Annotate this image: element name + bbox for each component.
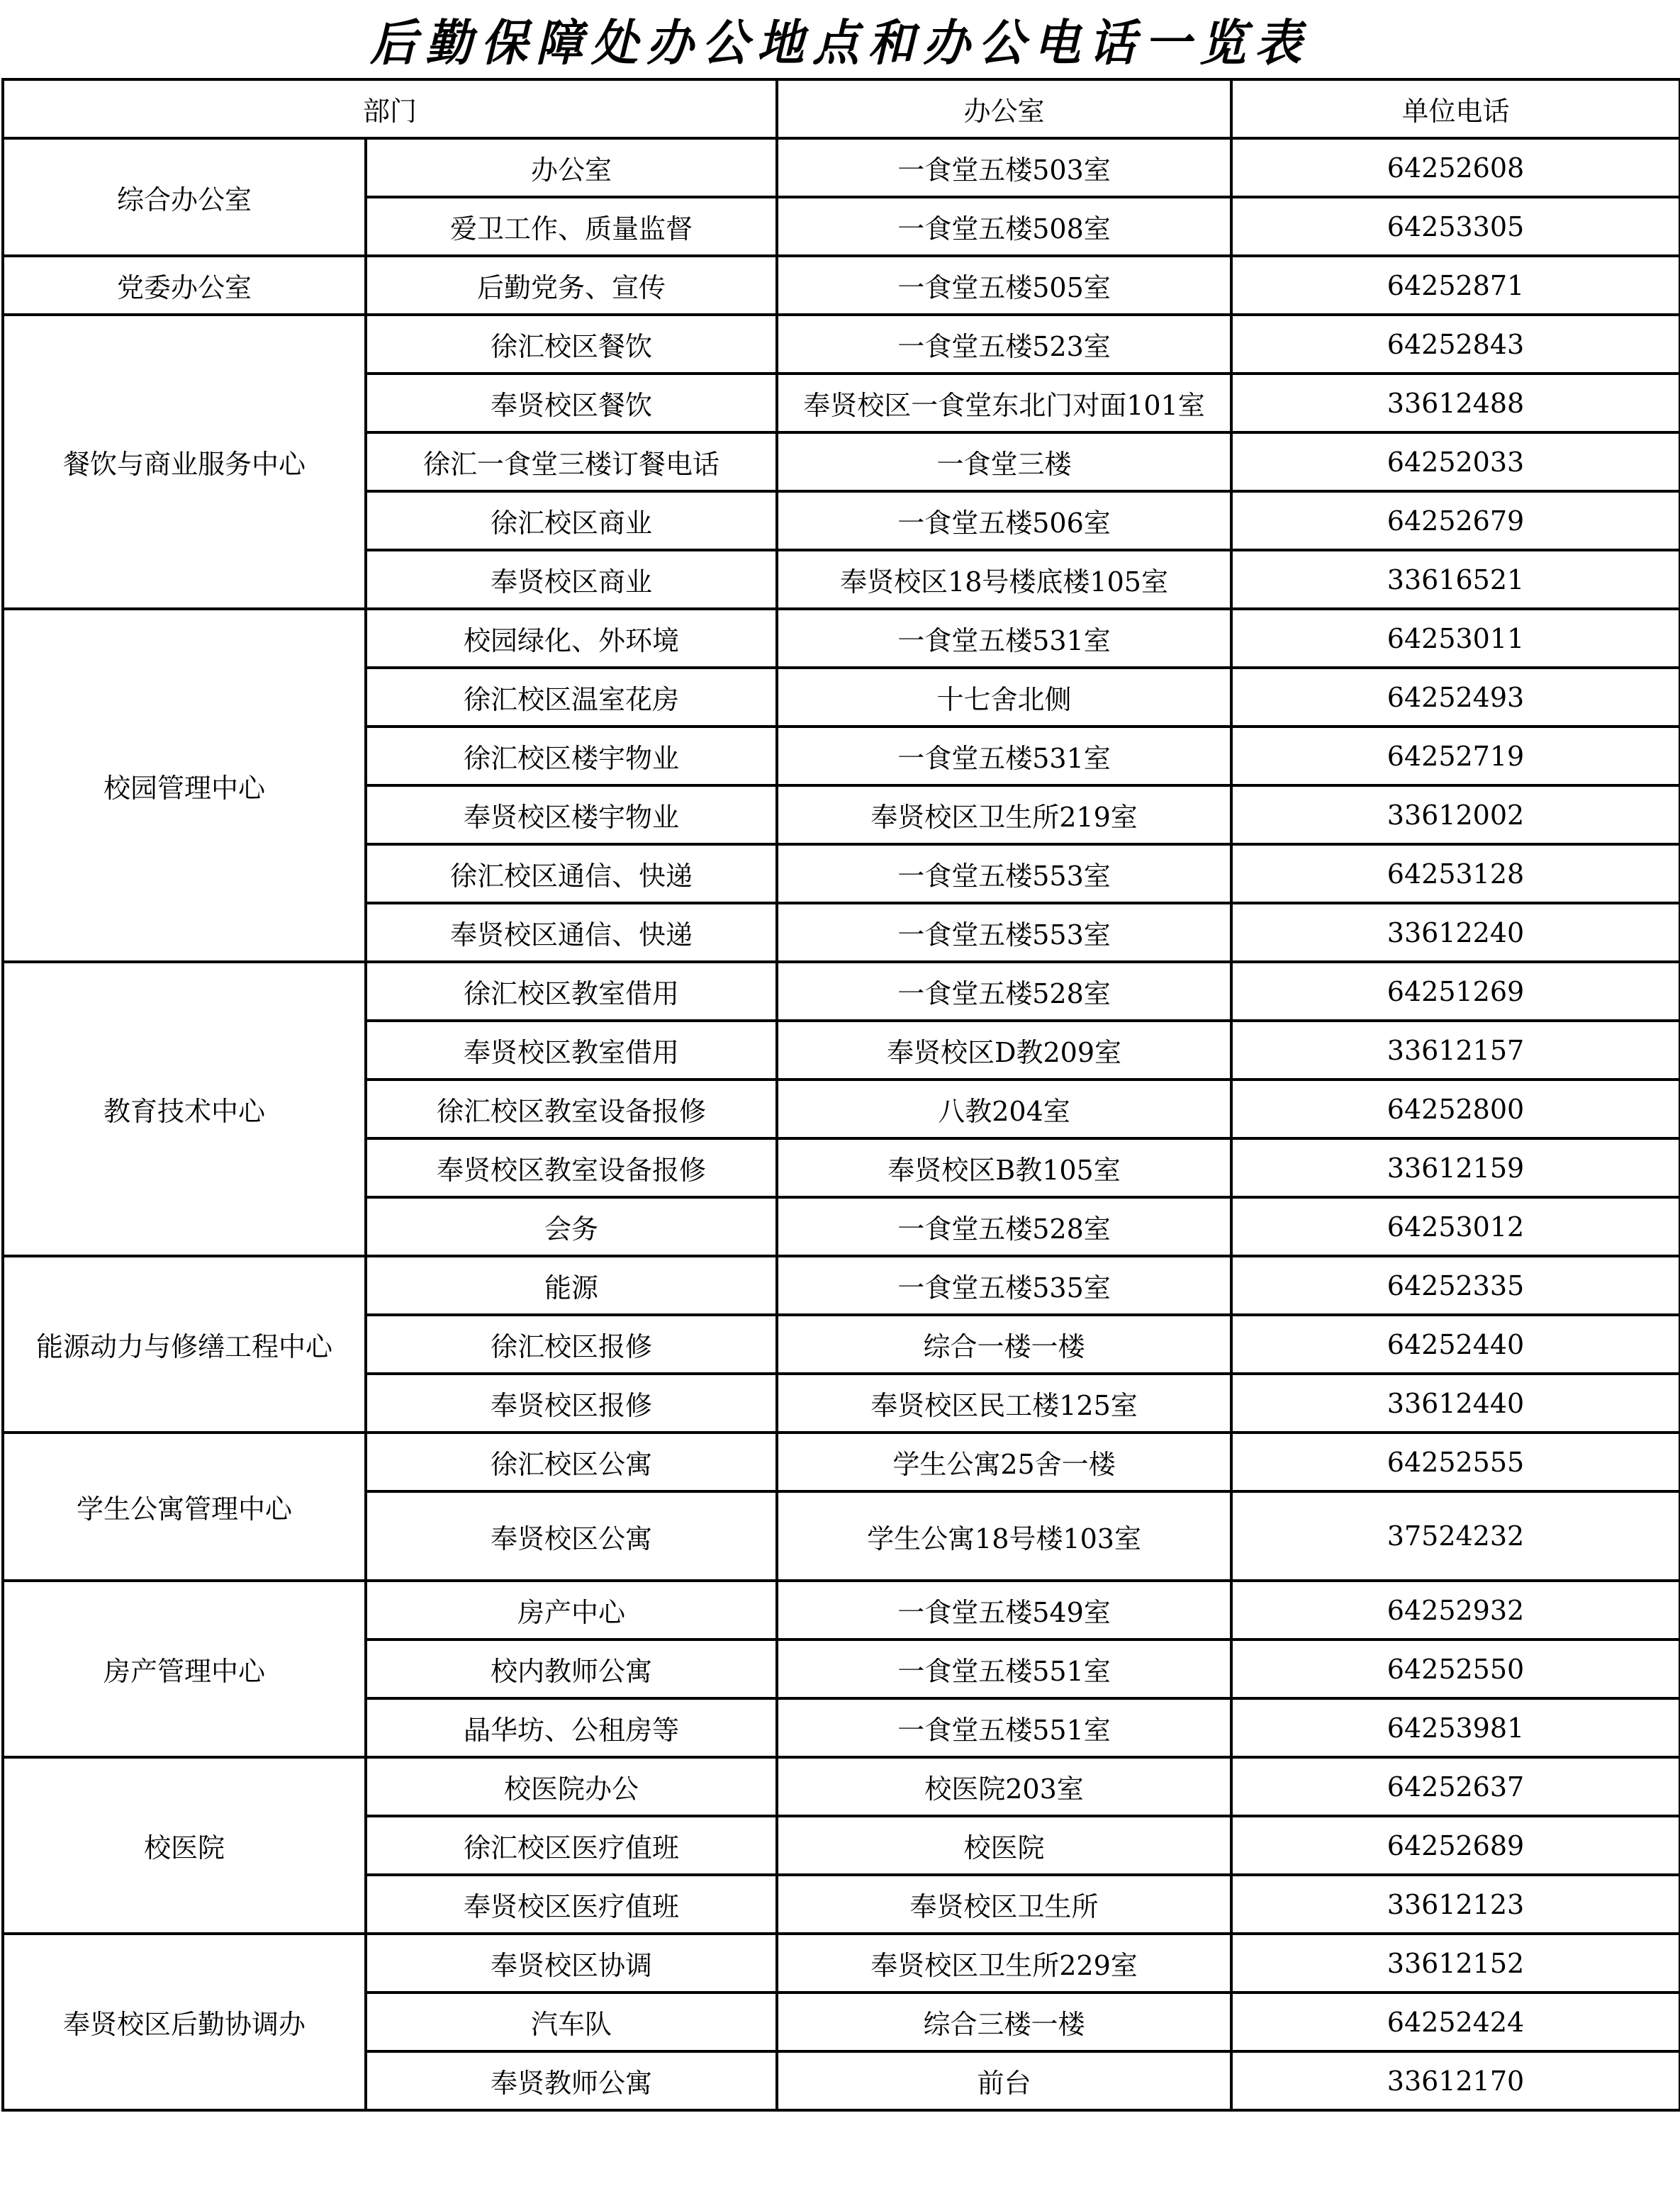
office-location-cell: 奉贤校区卫生所 [777,1875,1231,1934]
phone-number-cell: 33612240 [1231,903,1680,962]
office-location-cell: 一食堂五楼531室 [777,727,1231,785]
phone-number-cell: 37524232 [1231,1491,1680,1581]
office-location-cell: 奉贤校区B教105室 [777,1138,1231,1197]
header-phone: 单位电话 [1231,79,1680,138]
sub-department-cell: 奉贤教师公寓 [366,2051,777,2110]
sub-department-cell: 徐汇校区温室花房 [366,668,777,727]
sub-department-cell: 徐汇校区公寓 [366,1433,777,1491]
phone-number-cell: 33612159 [1231,1138,1680,1197]
phone-number-cell: 64252871 [1231,256,1680,315]
phone-number-cell: 64252689 [1231,1816,1680,1875]
sub-department-cell: 后勤党务、宣传 [366,256,777,315]
phone-number-cell: 64252493 [1231,668,1680,727]
table-body: 综合办公室办公室一食堂五楼503室64252608爱卫工作、质量监督一食堂五楼5… [3,138,1680,2110]
phone-number-cell: 64252440 [1231,1315,1680,1374]
department-group-cell: 餐饮与商业服务中心 [3,315,366,609]
sub-department-cell: 校医院办公 [366,1757,777,1816]
department-group-cell: 房产管理中心 [3,1581,366,1757]
sub-department-cell: 徐汇校区通信、快递 [366,844,777,903]
table-row: 教育技术中心徐汇校区教室借用一食堂五楼528室64251269 [3,962,1680,1021]
office-location-cell: 一食堂五楼551室 [777,1640,1231,1698]
sub-department-cell: 能源 [366,1256,777,1315]
phone-number-cell: 64252719 [1231,727,1680,785]
phone-number-cell: 33616521 [1231,550,1680,609]
office-location-cell: 一食堂五楼528室 [777,962,1231,1021]
table-row: 奉贤校区后勤协调办奉贤校区协调奉贤校区卫生所229室33612152 [3,1934,1680,1993]
office-location-cell: 学生公寓25舍一楼 [777,1433,1231,1491]
phone-number-cell: 33612170 [1231,2051,1680,2110]
department-group-cell: 学生公寓管理中心 [3,1433,366,1581]
header-department: 部门 [3,79,777,138]
table-row: 能源动力与修缮工程中心能源一食堂五楼535室64252335 [3,1256,1680,1315]
office-location-cell: 前台 [777,2051,1231,2110]
office-location-cell: 一食堂三楼 [777,432,1231,491]
office-location-cell: 奉贤校区卫生所219室 [777,785,1231,844]
table-row: 学生公寓管理中心徐汇校区公寓学生公寓25舍一楼64252555 [3,1433,1680,1491]
sub-department-cell: 爱卫工作、质量监督 [366,197,777,256]
office-location-cell: 一食堂五楼503室 [777,138,1231,197]
sub-department-cell: 校园绿化、外环境 [366,609,777,668]
office-location-cell: 一食堂五楼508室 [777,197,1231,256]
office-location-cell: 奉贤校区D教209室 [777,1021,1231,1080]
sub-department-cell: 会务 [366,1197,777,1256]
office-location-cell: 奉贤校区卫生所229室 [777,1934,1231,1993]
sub-department-cell: 徐汇校区餐饮 [366,315,777,374]
sub-department-cell: 汽车队 [366,1993,777,2051]
office-location-cell: 奉贤校区18号楼底楼105室 [777,550,1231,609]
phone-number-cell: 64252335 [1231,1256,1680,1315]
sub-department-cell: 徐汇校区报修 [366,1315,777,1374]
phone-number-cell: 64253128 [1231,844,1680,903]
sub-department-cell: 房产中心 [366,1581,777,1640]
phone-number-cell: 64253305 [1231,197,1680,256]
table-row: 餐饮与商业服务中心徐汇校区餐饮一食堂五楼523室64252843 [3,315,1680,374]
phone-number-cell: 64253011 [1231,609,1680,668]
office-location-cell: 一食堂五楼535室 [777,1256,1231,1315]
table-row: 校医院校医院办公校医院203室64252637 [3,1757,1680,1816]
phone-number-cell: 64252550 [1231,1640,1680,1698]
department-group-cell: 校园管理中心 [3,609,366,962]
sub-department-cell: 校内教师公寓 [366,1640,777,1698]
office-location-cell: 校医院 [777,1816,1231,1875]
phone-number-cell: 33612123 [1231,1875,1680,1934]
phone-number-cell: 33612002 [1231,785,1680,844]
office-location-cell: 奉贤校区民工楼125室 [777,1374,1231,1433]
sub-department-cell: 奉贤校区教室设备报修 [366,1138,777,1197]
phone-number-cell: 33612157 [1231,1021,1680,1080]
office-location-cell: 一食堂五楼528室 [777,1197,1231,1256]
office-location-cell: 一食堂五楼553室 [777,903,1231,962]
phone-number-cell: 64252637 [1231,1757,1680,1816]
office-location-cell: 一食堂五楼506室 [777,491,1231,550]
phone-number-cell: 64252424 [1231,1993,1680,2051]
table-row: 房产管理中心房产中心一食堂五楼549室64252932 [3,1581,1680,1640]
sub-department-cell: 奉贤校区商业 [366,550,777,609]
office-location-cell: 八教204室 [777,1080,1231,1138]
office-location-cell: 一食堂五楼553室 [777,844,1231,903]
office-location-cell: 一食堂五楼523室 [777,315,1231,374]
office-location-cell: 奉贤校区一食堂东北门对面101室 [777,374,1231,432]
office-location-cell: 一食堂五楼531室 [777,609,1231,668]
sub-department-cell: 徐汇校区商业 [366,491,777,550]
phone-number-cell: 64253981 [1231,1698,1680,1757]
page-title: 后勤保障处办公地点和办公电话一览表 [0,0,1680,79]
department-group-cell: 党委办公室 [3,256,366,315]
table-row: 综合办公室办公室一食堂五楼503室64252608 [3,138,1680,197]
phone-number-cell: 64252800 [1231,1080,1680,1138]
phone-number-cell: 33612440 [1231,1374,1680,1433]
department-group-cell: 校医院 [3,1757,366,1934]
department-group-cell: 综合办公室 [3,138,366,256]
header-office: 办公室 [777,79,1231,138]
office-location-cell: 综合一楼一楼 [777,1315,1231,1374]
office-location-cell: 学生公寓18号楼103室 [777,1491,1231,1581]
phone-number-cell: 64252679 [1231,491,1680,550]
sub-department-cell: 徐汇校区教室设备报修 [366,1080,777,1138]
table-row: 校园管理中心校园绿化、外环境一食堂五楼531室64253011 [3,609,1680,668]
phone-number-cell: 64252555 [1231,1433,1680,1491]
office-location-cell: 一食堂五楼549室 [777,1581,1231,1640]
sub-department-cell: 奉贤校区楼宇物业 [366,785,777,844]
sub-department-cell: 奉贤校区医疗值班 [366,1875,777,1934]
office-location-cell: 综合三楼一楼 [777,1993,1231,2051]
sub-department-cell: 奉贤校区通信、快递 [366,903,777,962]
phone-number-cell: 33612488 [1231,374,1680,432]
phone-number-cell: 33612152 [1231,1934,1680,1993]
phone-number-cell: 64252608 [1231,138,1680,197]
sub-department-cell: 徐汇校区楼宇物业 [366,727,777,785]
table-header-row: 部门 办公室 单位电话 [3,79,1680,138]
sub-department-cell: 奉贤校区公寓 [366,1491,777,1581]
sub-department-cell: 奉贤校区餐饮 [366,374,777,432]
sub-department-cell: 办公室 [366,138,777,197]
office-location-cell: 十七舍北侧 [777,668,1231,727]
sub-department-cell: 奉贤校区协调 [366,1934,777,1993]
sub-department-cell: 晶华坊、公租房等 [366,1698,777,1757]
department-group-cell: 奉贤校区后勤协调办 [3,1934,366,2110]
phone-number-cell: 64252843 [1231,315,1680,374]
phone-number-cell: 64252932 [1231,1581,1680,1640]
phone-number-cell: 64251269 [1231,962,1680,1021]
office-location-cell: 校医院203室 [777,1757,1231,1816]
department-group-cell: 教育技术中心 [3,962,366,1256]
sub-department-cell: 徐汇校区医疗值班 [366,1816,777,1875]
sub-department-cell: 徐汇校区教室借用 [366,962,777,1021]
sub-department-cell: 奉贤校区教室借用 [366,1021,777,1080]
table-row: 党委办公室后勤党务、宣传一食堂五楼505室64252871 [3,256,1680,315]
office-location-cell: 一食堂五楼551室 [777,1698,1231,1757]
department-group-cell: 能源动力与修缮工程中心 [3,1256,366,1433]
phone-number-cell: 64252033 [1231,432,1680,491]
office-location-cell: 一食堂五楼505室 [777,256,1231,315]
phone-number-cell: 64253012 [1231,1197,1680,1256]
sub-department-cell: 奉贤校区报修 [366,1374,777,1433]
office-directory-table: 部门 办公室 单位电话 综合办公室办公室一食堂五楼503室64252608爱卫工… [1,78,1680,2112]
sub-department-cell: 徐汇一食堂三楼订餐电话 [366,432,777,491]
